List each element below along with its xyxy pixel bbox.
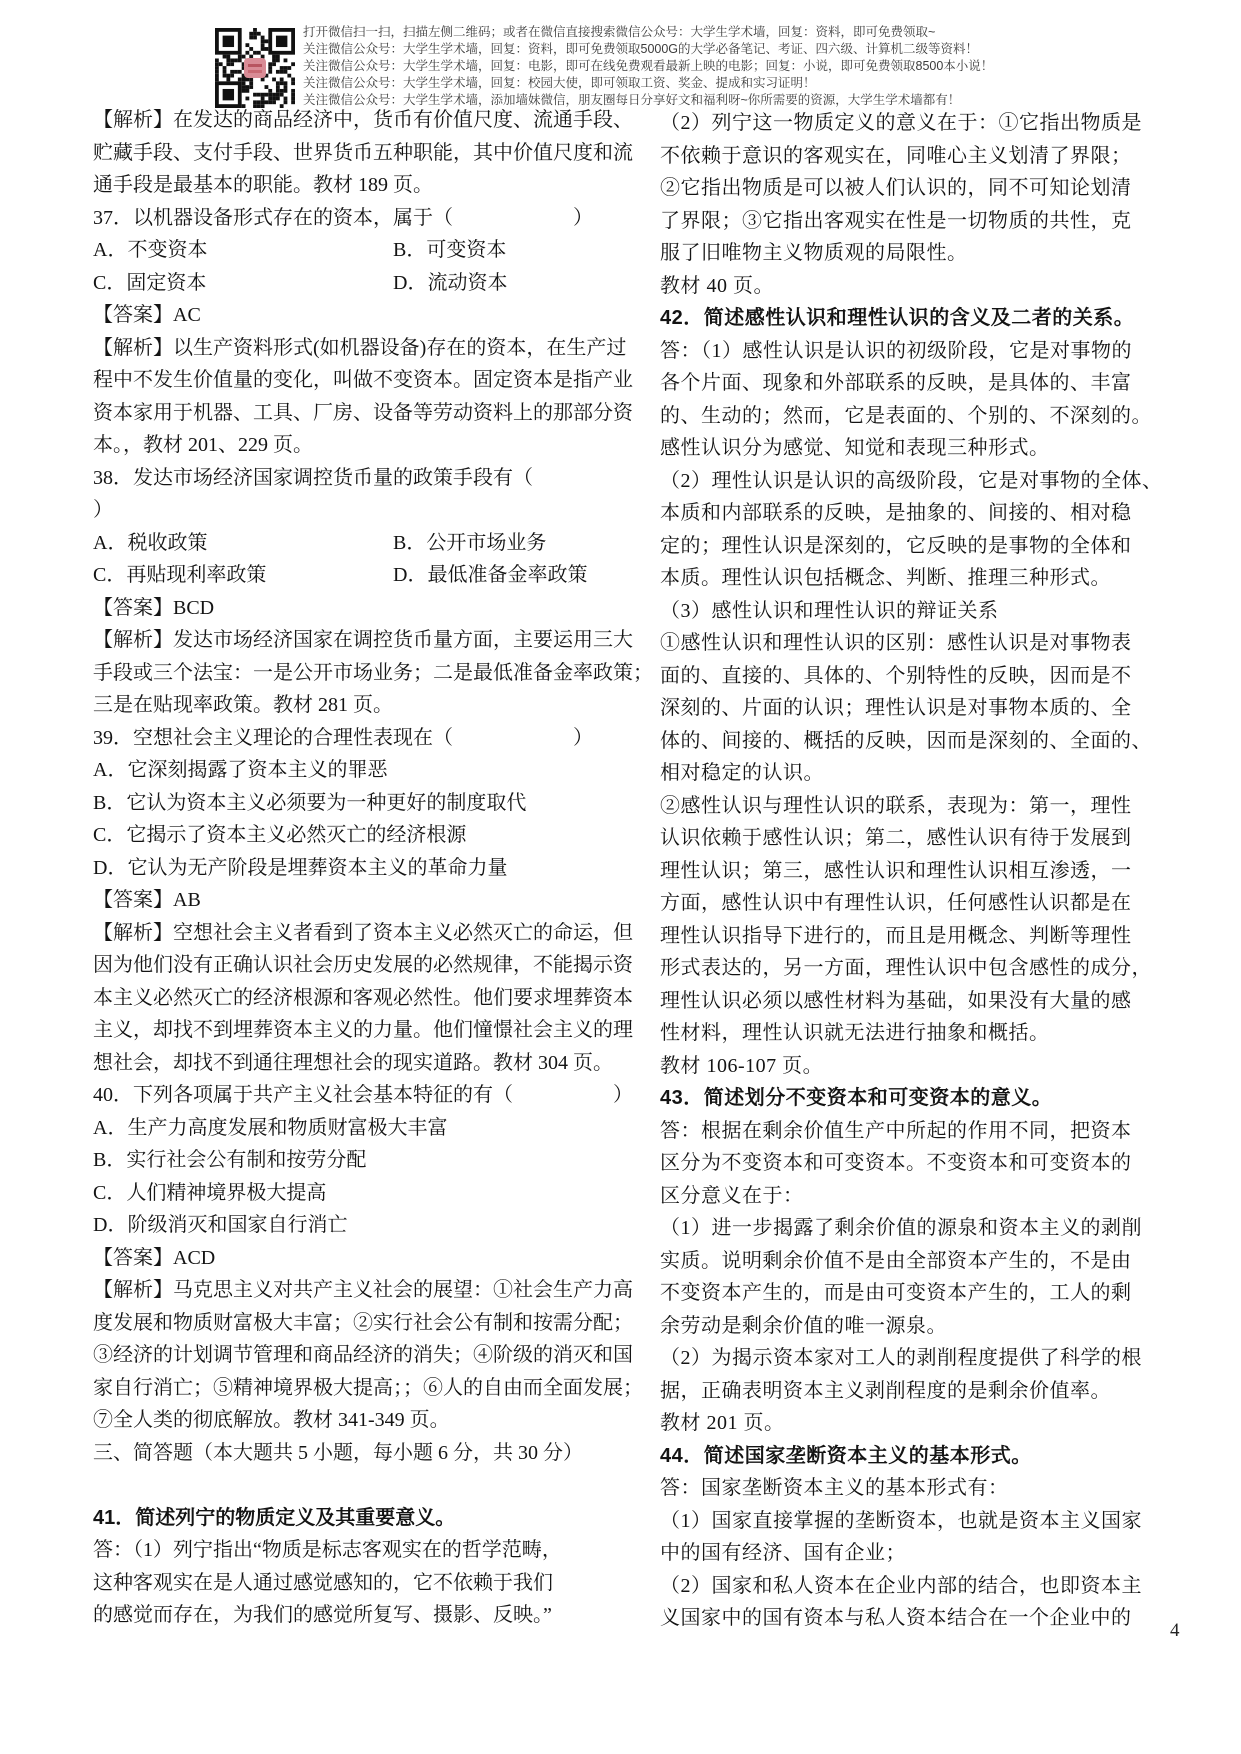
- page-number: 4: [1170, 1620, 1180, 1642]
- text-line: 程中不发生价值量的变化，叫做不变资本。固定资本是指产业: [93, 364, 605, 397]
- text-line: C．人们精神境界极大提高: [93, 1177, 605, 1210]
- text-line: 区分意义在于：: [660, 1180, 1160, 1213]
- text-line: （3）感性认识和理性认识的辩证关系: [660, 595, 1160, 628]
- text-line: 实质。说明剩余价值不是由全部资本产生的，不是由: [660, 1245, 1160, 1278]
- text-line: 余劳动是剩余价值的唯一源泉。: [660, 1310, 1160, 1343]
- text-line: [93, 1469, 605, 1502]
- text-line: 中的国有经济、国有企业；: [660, 1537, 1160, 1570]
- text-line: 性材料，理性认识就无法进行抽象和概括。: [660, 1017, 1160, 1050]
- left-text-column: 【解析】在发达的商品经济中，货币有价值尺度、流通手段、贮藏手段、支付手段、世界货…: [93, 104, 605, 1632]
- text-line: 不依赖于意识的客观实在，同唯心主义划清了界限；: [660, 140, 1160, 173]
- text-line: 度发展和物质财富极大丰富；②实行社会公有制和按需分配；: [93, 1307, 605, 1340]
- text-line: 深刻的、片面的认识；理性认识是对事物本质的、全: [660, 692, 1160, 725]
- text-line: D．阶级消灭和国家自行消亡: [93, 1209, 605, 1242]
- option-pair-line: A．不变资本B．可变资本: [93, 234, 605, 267]
- question-heading: 42．简述感性认识和理性认识的含义及二者的关系。: [660, 302, 1160, 335]
- text-line: 这种客观实在是人通过感觉感知的，它不依赖于我们: [93, 1567, 605, 1600]
- header-promo-line: 关注微信公众号：大学生学术墙，回复：资料，即可免费领取5000G的大学必备笔记、…: [303, 41, 993, 58]
- text-line: 理性认识指导下进行的，而且是用概念、判断等理性: [660, 920, 1160, 953]
- text-line: 手段或三个法宝：一是公开市场业务；二是最低准备金率政策；: [93, 657, 605, 690]
- text-line: 主义，却找不到埋葬资本主义的力量。他们憧憬社会主义的理: [93, 1014, 605, 1047]
- text-line: （2）列宁这一物质定义的意义在于：①它指出物质是: [660, 107, 1160, 140]
- wechat-qr-code-icon: [215, 28, 295, 108]
- text-line: 感性认识分为感觉、知觉和表现三种形式。: [660, 432, 1160, 465]
- option-item: B．公开市场业务: [393, 527, 546, 560]
- text-line: 因为他们没有正确认识社会历史发展的必然规律，不能揭示资: [93, 949, 605, 982]
- text-line: 本。，教材 201、229 页。: [93, 429, 605, 462]
- option-pair-line: C．再贴现利率政策D．最低准备金率政策: [93, 559, 605, 592]
- text-line: 体的、间接的、概括的反映，因而是深刻的、全面的、: [660, 725, 1160, 758]
- text-line: 方面，感性认识中有理性认识，任何感性认识都是在: [660, 887, 1160, 920]
- text-line: 38．发达市场经济国家调控货币量的政策手段有（: [93, 462, 605, 495]
- text-line: 相对稳定的认识。: [660, 757, 1160, 790]
- header-promo-line: 关注微信公众号：大学生学术墙，回复：校园大使，即可领取工资、奖金、提成和实习证明…: [303, 75, 993, 92]
- text-line: ⑦全人类的彻底解放。教材 341-349 页。: [93, 1404, 605, 1437]
- document-page: 打开微信扫一扫，扫描左侧二维码；或者在微信直接搜索微信公众号：大学生学术墙，回复…: [0, 0, 1241, 1754]
- option-item: D．最低准备金率政策: [393, 559, 587, 592]
- text-line: 家自行消亡；⑤精神境界极大提高；；⑥人的自由而全面发展；: [93, 1372, 605, 1405]
- text-line: 的、生动的；然而，它是表面的、个别的、不深刻的。: [660, 400, 1160, 433]
- text-line: （1）国家直接掌握的垄断资本，也就是资本主义国家: [660, 1505, 1160, 1538]
- text-line: （2）理性认识是认识的高级阶段，它是对事物的全体、: [660, 465, 1160, 498]
- text-line: 各个片面、现象和外部联系的反映，是具体的、丰富: [660, 367, 1160, 400]
- text-line: 教材 106-107 页。: [660, 1050, 1160, 1083]
- text-line: 的感觉而存在，为我们的感觉所复写、摄影、反映。”: [93, 1599, 605, 1632]
- text-line: A．它深刻揭露了资本主义的罪恶: [93, 754, 605, 787]
- text-line: （2）国家和私人资本在企业内部的结合，也即资本主: [660, 1570, 1160, 1603]
- option-item: B．可变资本: [393, 234, 506, 267]
- text-line: 【答案】AC: [93, 299, 605, 332]
- text-line: 服了旧唯物主义物质观的局限性。: [660, 237, 1160, 270]
- text-line: ③经济的计划调节管理和商品经济的消失；④阶级的消灭和国: [93, 1339, 605, 1372]
- text-line: 答：（1）列宁指出“物质是标志客观实在的哲学范畴，: [93, 1534, 605, 1567]
- text-line: 三、简答题（本大题共 5 小题，每小题 6 分，共 30 分）: [93, 1437, 605, 1470]
- option-item: A．税收政策: [93, 532, 207, 554]
- text-line: 本质和内部联系的反映，是抽象的、间接的、相对稳: [660, 497, 1160, 530]
- text-line: 40．下列各项属于共产主义社会基本特征的有（ ）: [93, 1079, 605, 1112]
- text-line: 【解析】在发达的商品经济中，货币有价值尺度、流通手段、: [93, 104, 605, 137]
- text-line: D．它认为无产阶段是埋葬资本主义的革命力量: [93, 852, 605, 885]
- text-line: 贮藏手段、支付手段、世界货币五种职能，其中价值尺度和流: [93, 137, 605, 170]
- text-line: 【解析】发达市场经济国家在调控货币量方面，主要运用三大: [93, 624, 605, 657]
- text-line: 形式表达的，另一方面，理性认识中包含感性的成分，: [660, 952, 1160, 985]
- text-line: C．它揭示了资本主义必然灭亡的经济根源: [93, 819, 605, 852]
- text-line: 理性认识；第三，感性认识和理性认识相互渗透，一: [660, 855, 1160, 888]
- text-line: A．生产力高度发展和物质财富极大丰富: [93, 1112, 605, 1145]
- text-line: 想社会，却找不到通往理想社会的现实道路。教材 304 页。: [93, 1047, 605, 1080]
- text-line: 认识依赖于感性认识；第二，感性认识有待于发展到: [660, 822, 1160, 855]
- text-line: 【解析】马克思主义对共产主义社会的展望：①社会生产力高: [93, 1274, 605, 1307]
- text-line: 定的；理性认识是深刻的，它反映的是事物的全体和: [660, 530, 1160, 563]
- header-promo-line: 关注微信公众号：大学生学术墙，回复：电影，即可在线免费观看最新上映的电影；回复：…: [303, 58, 993, 75]
- text-line: 义国家中的国有资本与私人资本结合在一个企业中的: [660, 1602, 1160, 1635]
- text-line: 不变资本产生的，而是由可变资本产生的，工人的剩: [660, 1277, 1160, 1310]
- option-item: A．不变资本: [93, 239, 207, 261]
- text-line: 答：国家垄断资本主义的基本形式有：: [660, 1472, 1160, 1505]
- text-line: 据，正确表明资本主义剥削程度的是剩余价值率。: [660, 1375, 1160, 1408]
- text-line: ①感性认识和理性认识的区别：感性认识是对事物表: [660, 627, 1160, 660]
- text-line: 理性认识必须以感性材料为基础，如果没有大量的感: [660, 985, 1160, 1018]
- text-line: 本质。理性认识包括概念、判断、推理三种形式。: [660, 562, 1160, 595]
- text-line: 三是在贴现率政策。教材 281 页。: [93, 689, 605, 722]
- question-heading: 43．简述划分不变资本和可变资本的意义。: [660, 1082, 1160, 1115]
- wechat-promo-header: 打开微信扫一扫，扫描左侧二维码；或者在微信直接搜索微信公众号：大学生学术墙，回复…: [303, 24, 993, 109]
- text-line: 39．空想社会主义理论的合理性表现在（ ）: [93, 722, 605, 755]
- text-line: B．它认为资本主义必须要为一种更好的制度取代: [93, 787, 605, 820]
- text-line: 【答案】AB: [93, 884, 605, 917]
- option-item: C．固定资本: [93, 272, 206, 294]
- option-item: C．再贴现利率政策: [93, 564, 266, 586]
- text-line: 资本家用于机器、工具、厂房、设备等劳动资料上的那部分资: [93, 397, 605, 430]
- text-line: 教材 201 页。: [660, 1407, 1160, 1440]
- text-line: （1）进一步揭露了剩余价值的源泉和资本主义的剥削: [660, 1212, 1160, 1245]
- text-line: 本主义必然灭亡的经济根源和客观必然性。他们要求埋葬资本: [93, 982, 605, 1015]
- text-line: 教材 40 页。: [660, 270, 1160, 303]
- text-line: 答：根据在剩余价值生产中所起的作用不同，把资本: [660, 1115, 1160, 1148]
- text-line: 通手段是最基本的职能。教材 189 页。: [93, 169, 605, 202]
- option-pair-line: C．固定资本D．流动资本: [93, 267, 605, 300]
- text-line: ②感性认识与理性认识的联系，表现为：第一，理性: [660, 790, 1160, 823]
- right-text-column: （2）列宁这一物质定义的意义在于：①它指出物质是不依赖于意识的客观实在，同唯心主…: [660, 107, 1160, 1635]
- text-line: 答：（1）感性认识是认识的初级阶段，它是对事物的: [660, 335, 1160, 368]
- text-line: ）: [93, 494, 605, 527]
- text-line: 区分为不变资本和可变资本。不变资本和可变资本的: [660, 1147, 1160, 1180]
- text-line: 面的、直接的、具体的、个别特性的反映，因而是不: [660, 660, 1160, 693]
- option-pair-line: A．税收政策B．公开市场业务: [93, 527, 605, 560]
- text-line: 【答案】BCD: [93, 592, 605, 625]
- text-line: 【答案】ACD: [93, 1242, 605, 1275]
- option-item: D．流动资本: [393, 267, 507, 300]
- header-promo-line: 打开微信扫一扫，扫描左侧二维码；或者在微信直接搜索微信公众号：大学生学术墙，回复…: [303, 24, 993, 41]
- text-line: （2）为揭示资本家对工人的剥削程度提供了科学的根: [660, 1342, 1160, 1375]
- text-line: 37．以机器设备形式存在的资本，属于（ ）: [93, 202, 605, 235]
- text-line: B．实行社会公有制和按劳分配: [93, 1144, 605, 1177]
- text-line: 了界限；③它指出客观实在性是一切物质的共性，克: [660, 205, 1160, 238]
- question-heading: 41．简述列宁的物质定义及其重要意义。: [93, 1502, 605, 1535]
- text-line: ②它指出物质是可以被人们认识的，同不可知论划清: [660, 172, 1160, 205]
- text-line: 【解析】以生产资料形式(如机器设备)存在的资本，在生产过: [93, 332, 605, 365]
- text-line: 【解析】空想社会主义者看到了资本主义必然灭亡的命运，但: [93, 917, 605, 950]
- question-heading: 44．简述国家垄断资本主义的基本形式。: [660, 1440, 1160, 1473]
